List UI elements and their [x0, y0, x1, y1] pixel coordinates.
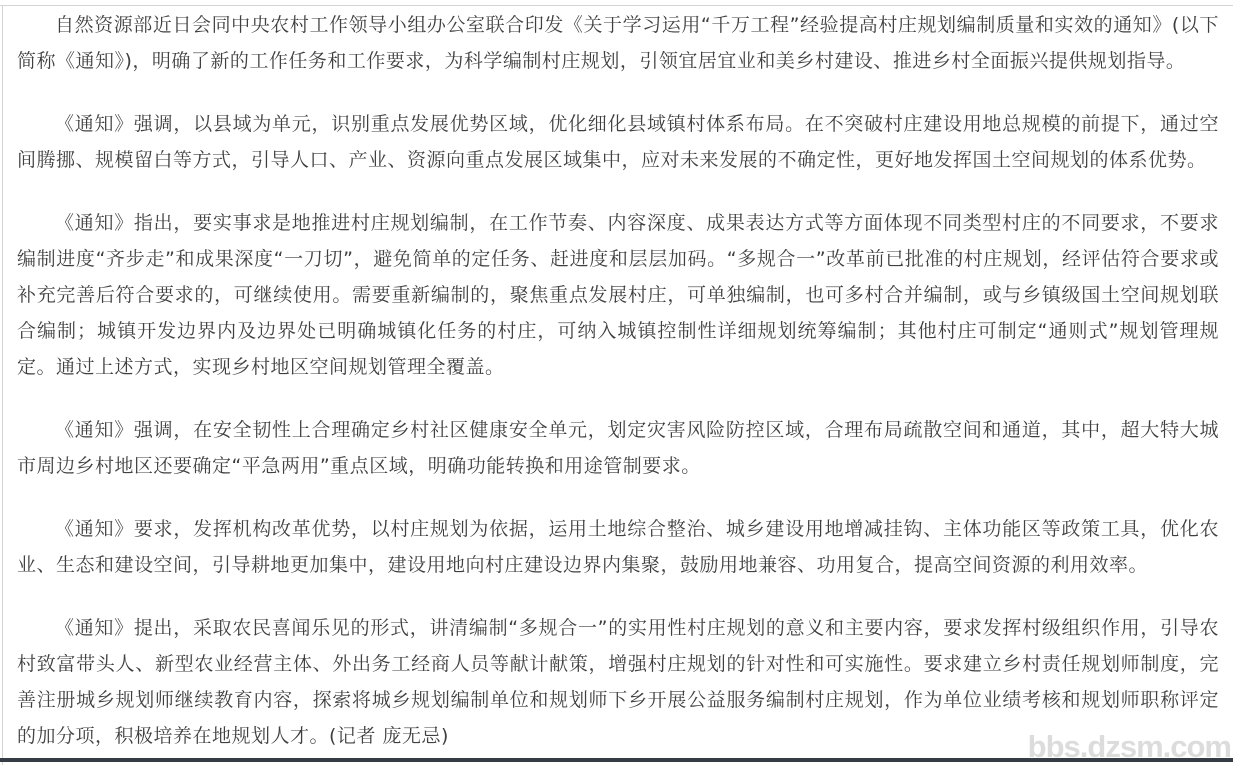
- article-paragraph: 《通知》强调，以县域为单元，识别重点发展优势区域，优化细化县域镇村体系布局。在不…: [17, 106, 1219, 178]
- article-text-area: 自然资源部近日会同中央农村工作领导小组办公室联合印发《关于学习运用“千万工程”经…: [0, 0, 1233, 754]
- article-paragraph: 《通知》指出，要实事求是地推进村庄规划编制，在工作节奏、内容深度、成果表达方式等…: [17, 205, 1219, 385]
- article-paragraph: 自然资源部近日会同中央农村工作领导小组办公室联合印发《关于学习运用“千万工程”经…: [17, 7, 1219, 79]
- bottom-bar: [0, 758, 1233, 762]
- article-paragraph: 《通知》要求，发挥机构改革优势，以村庄规划为依据，运用土地综合整治、城乡建设用地…: [17, 511, 1219, 583]
- page: 自然资源部近日会同中央农村工作领导小组办公室联合印发《关于学习运用“千万工程”经…: [0, 0, 1233, 765]
- article-paragraph: 《通知》强调，在安全韧性上合理确定乡村社区健康安全单元，划定灾害风险防控区域，合…: [17, 412, 1219, 484]
